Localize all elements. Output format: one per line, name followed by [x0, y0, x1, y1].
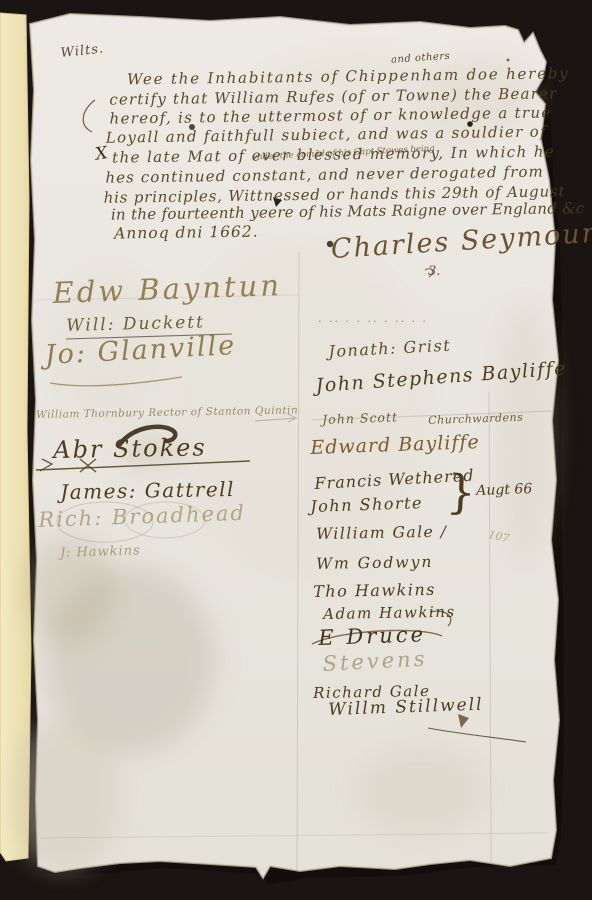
body-line: Annoq dni 1662. — [114, 223, 259, 243]
manuscript-photo: Wilts. 107 and others Wee the Inhabitant… — [0, 0, 592, 900]
interline-insertion: and others — [391, 51, 451, 66]
signature-j-hawkins: J: Hawkins — [60, 543, 141, 561]
signature-tho-hawkins: Tho Hawkins — [313, 580, 436, 601]
faded-dotted-row: · ·· · · ·· · ·· · · — [318, 315, 428, 328]
group-brace: } — [445, 464, 477, 519]
signature-e-druce: E Druce — [318, 622, 426, 650]
signature-james-gattrell: James: Gattrell — [60, 477, 235, 504]
signature-john-scott: John Scott — [322, 409, 398, 427]
signature-william-gale: William Gale / — [316, 523, 448, 543]
signature-adam-hawkins: Adam Hawkins — [323, 603, 456, 623]
seymour-paraph: 3. — [428, 264, 440, 279]
group-note-date: Augt 66 — [476, 481, 533, 499]
signature-wm-godwyn: Wm Godwyn — [316, 553, 433, 573]
signature-abr-stokes: Abr Stokes — [53, 433, 207, 464]
signature-john-shorte: John Shorte — [310, 493, 423, 516]
